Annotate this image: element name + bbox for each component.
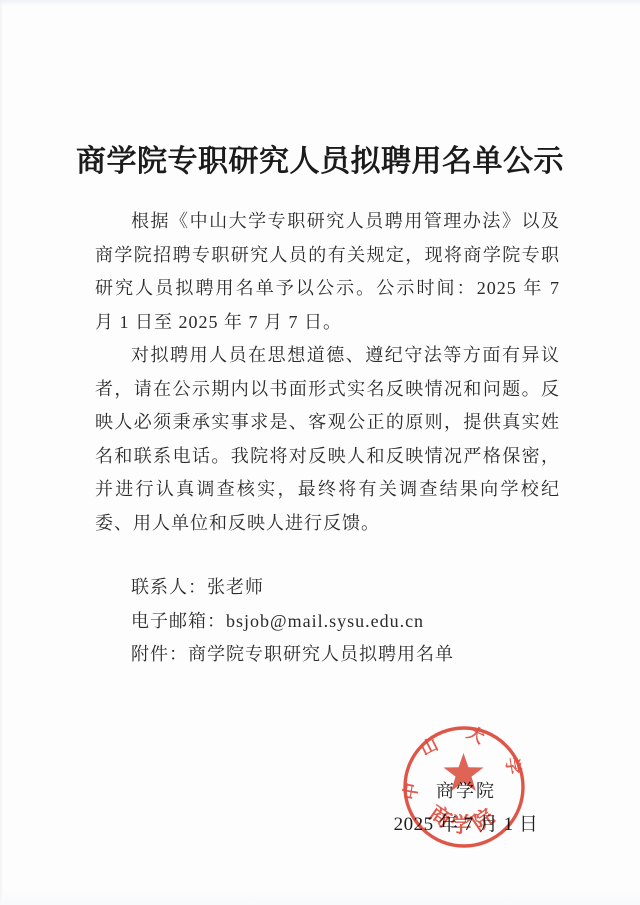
scan-edge-top bbox=[0, 0, 640, 6]
signature-date: 2025 年 7 月 1 日 bbox=[366, 814, 566, 836]
scan-edge-bottom bbox=[0, 891, 640, 905]
document-title: 商学院专职研究人员拟聘用名单公示 bbox=[0, 136, 640, 180]
paragraph-basis: 根据《中山大学专职研究人员聘用管理办法》以及商学院招聘专职研究人员的有关规定，现… bbox=[95, 205, 560, 339]
signature-block: 商学院 2025 年 7 月 1 日 bbox=[366, 780, 566, 836]
contact-email-line: 电子邮箱：bsjob@mail.sysu.edu.cn bbox=[95, 605, 560, 639]
paragraph-objection: 对拟聘用人员在思想道德、遵纪守法等方面有异议者，请在公示期内以书面形式实名反映情… bbox=[95, 339, 560, 540]
contact-person-line: 联系人：张老师 bbox=[95, 571, 560, 605]
attachment-line: 附件：商学院专职研究人员拟聘用名单 bbox=[95, 638, 560, 672]
signature-org: 商学院 bbox=[366, 780, 566, 802]
document-body: 根据《中山大学专职研究人员聘用管理办法》以及商学院招聘专职研究人员的有关规定，现… bbox=[95, 205, 560, 540]
contact-block: 联系人：张老师 电子邮箱：bsjob@mail.sysu.edu.cn 附件：商… bbox=[95, 571, 560, 672]
